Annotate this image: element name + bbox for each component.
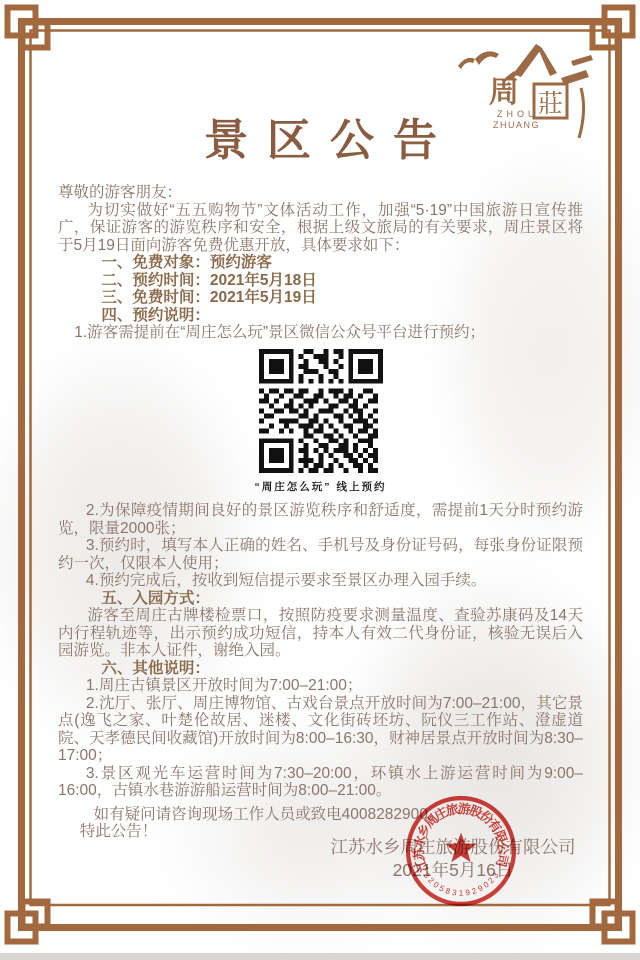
booking-note-1: 1.游客需提前在“周庄怎么玩”景区微信公众号平台进行预约； bbox=[58, 324, 583, 342]
item-free-date: 三、免费时间：2021年5月19日 bbox=[58, 289, 583, 307]
item-other-notes: 六、其他说明： bbox=[58, 660, 583, 678]
entry-paragraph: 游客至周庄古牌楼检票口，按照防疫要求测量温度、查验苏康码及14天内行程轨迹等，出… bbox=[58, 607, 583, 660]
greeting-line: 尊敬的游客朋友： bbox=[58, 184, 583, 202]
intro-paragraph: 为切实做好“五五购物节”文体活动工作，加强“5·19”中国旅游日宣传推广，保证游… bbox=[58, 202, 583, 255]
booking-note-3: 3.预约时，填写本人正确的姓名、手机号及身份证号码，每张身份证限预约一次，仅限本… bbox=[58, 537, 583, 572]
item-entry-method: 五、入园方式： bbox=[58, 590, 583, 608]
item-booking-notes: 四、预约说明： bbox=[58, 307, 583, 325]
other-note-1: 1.周庄古镇景区开放时间为7:00–21:00； bbox=[58, 677, 583, 695]
item-free-target: 一、免费对象：预约游客 bbox=[58, 254, 583, 272]
qr-caption: “周庄怎么玩” 线上预约 bbox=[58, 480, 583, 494]
corner-knot-icon bbox=[593, 902, 633, 942]
company-seal: 江苏水乡周庄旅游股份有限公司 3205831929023 bbox=[404, 794, 518, 908]
booking-note-2: 2.为保障疫情期间良好的景区游览秩序和舒适度，需提前1天分时预约游览，限量200… bbox=[58, 502, 583, 537]
item-booking-date: 二、预约时间：2021年5月18日 bbox=[58, 272, 583, 290]
announcement-poster: { "colors": { "frame_brown": "#a2683e", … bbox=[0, 0, 640, 960]
page-bottom-edge bbox=[0, 953, 640, 960]
other-note-2: 2.沈厅、张厅、周庄博物馆、古戏台景点开放时间为7:00–21:00，其它景点(… bbox=[58, 695, 583, 765]
qr-block: “周庄怎么玩” 线上预约 bbox=[58, 349, 583, 495]
page-title: 景区公告 bbox=[58, 116, 583, 166]
corner-knot-icon bbox=[8, 902, 48, 942]
corner-knot-icon bbox=[8, 8, 48, 48]
qr-code bbox=[259, 349, 383, 473]
seal-star-icon bbox=[446, 833, 477, 862]
announcement-body: 景区公告 尊敬的游客朋友： 为切实做好“五五购物节”文体活动工作，加强“5·19… bbox=[58, 0, 583, 841]
booking-note-4: 4.预约完成后，按收到短信提示要求至景区办理入园手续。 bbox=[58, 572, 583, 590]
